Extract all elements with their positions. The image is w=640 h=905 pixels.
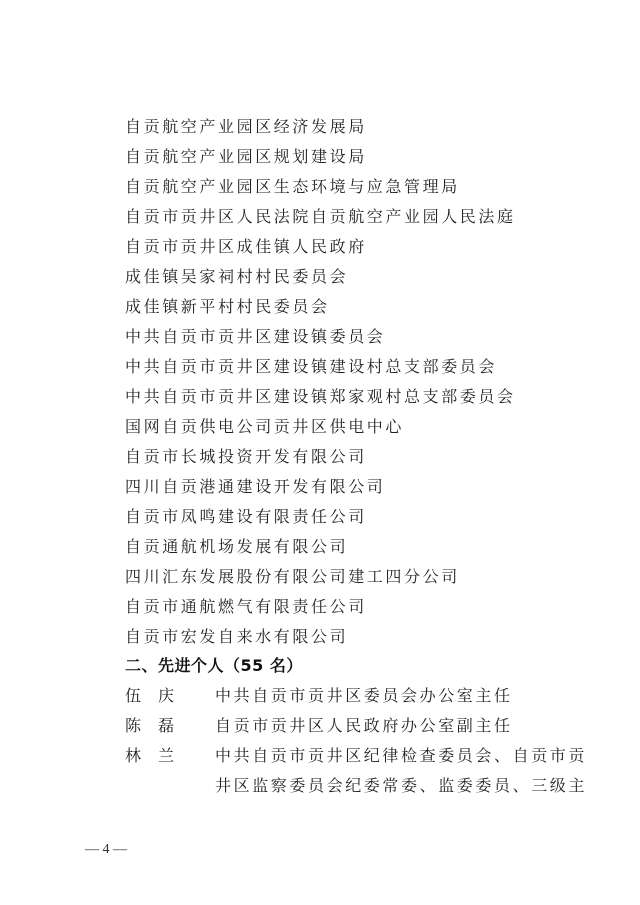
organization-item: 自贡市通航燃气有限责任公司 [125,592,516,622]
organization-item: 自贡市长城投资开发有限公司 [125,442,516,472]
organization-item: 自贡航空产业园区经济发展局 [125,112,516,142]
organization-list: 自贡航空产业园区经济发展局 自贡航空产业园区规划建设局 自贡航空产业园区生态环境… [125,112,516,652]
organization-item: 自贡通航机场发展有限公司 [125,532,516,562]
organization-item: 四川自贡港通建设开发有限公司 [125,472,516,502]
organization-item: 自贡市凤鸣建设有限责任公司 [125,502,516,532]
person-title: 自贡市贡井区人民政府办公室副主任 [215,711,513,741]
person-title: 中共自贡市贡井区委员会办公室主任 [215,681,513,711]
section-heading: 二、先进个人（55 名） [125,651,303,681]
organization-item: 成佳镇吴家祠村村民委员会 [125,262,516,292]
person-title-continuation: 井区监察委员会纪委常委、监委委员、三级主 [215,771,587,801]
organization-item: 中共自贡市贡井区建设镇委员会 [125,322,516,352]
organization-item: 中共自贡市贡井区建设镇郑家观村总支部委员会 [125,382,516,412]
organization-item: 自贡航空产业园区规划建设局 [125,142,516,172]
organization-item: 自贡航空产业园区生态环境与应急管理局 [125,172,516,202]
organization-item: 自贡市贡井区人民法院自贡航空产业园人民法庭 [125,202,516,232]
page-number: — 4 — [85,840,127,860]
document-page: 自贡航空产业园区经济发展局 自贡航空产业园区规划建设局 自贡航空产业园区生态环境… [0,0,640,905]
organization-item: 自贡市贡井区成佳镇人民政府 [125,232,516,262]
person-title: 中共自贡市贡井区纪律检查委员会、自贡市贡 [215,741,587,771]
organization-item: 成佳镇新平村村民委员会 [125,292,516,322]
organization-item: 自贡市宏发自来水有限公司 [125,622,516,652]
organization-item: 中共自贡市贡井区建设镇建设村总支部委员会 [125,352,516,382]
organization-item: 四川汇东发展股份有限公司建工四分公司 [125,562,516,592]
organization-item: 国网自贡供电公司贡井区供电中心 [125,412,516,442]
